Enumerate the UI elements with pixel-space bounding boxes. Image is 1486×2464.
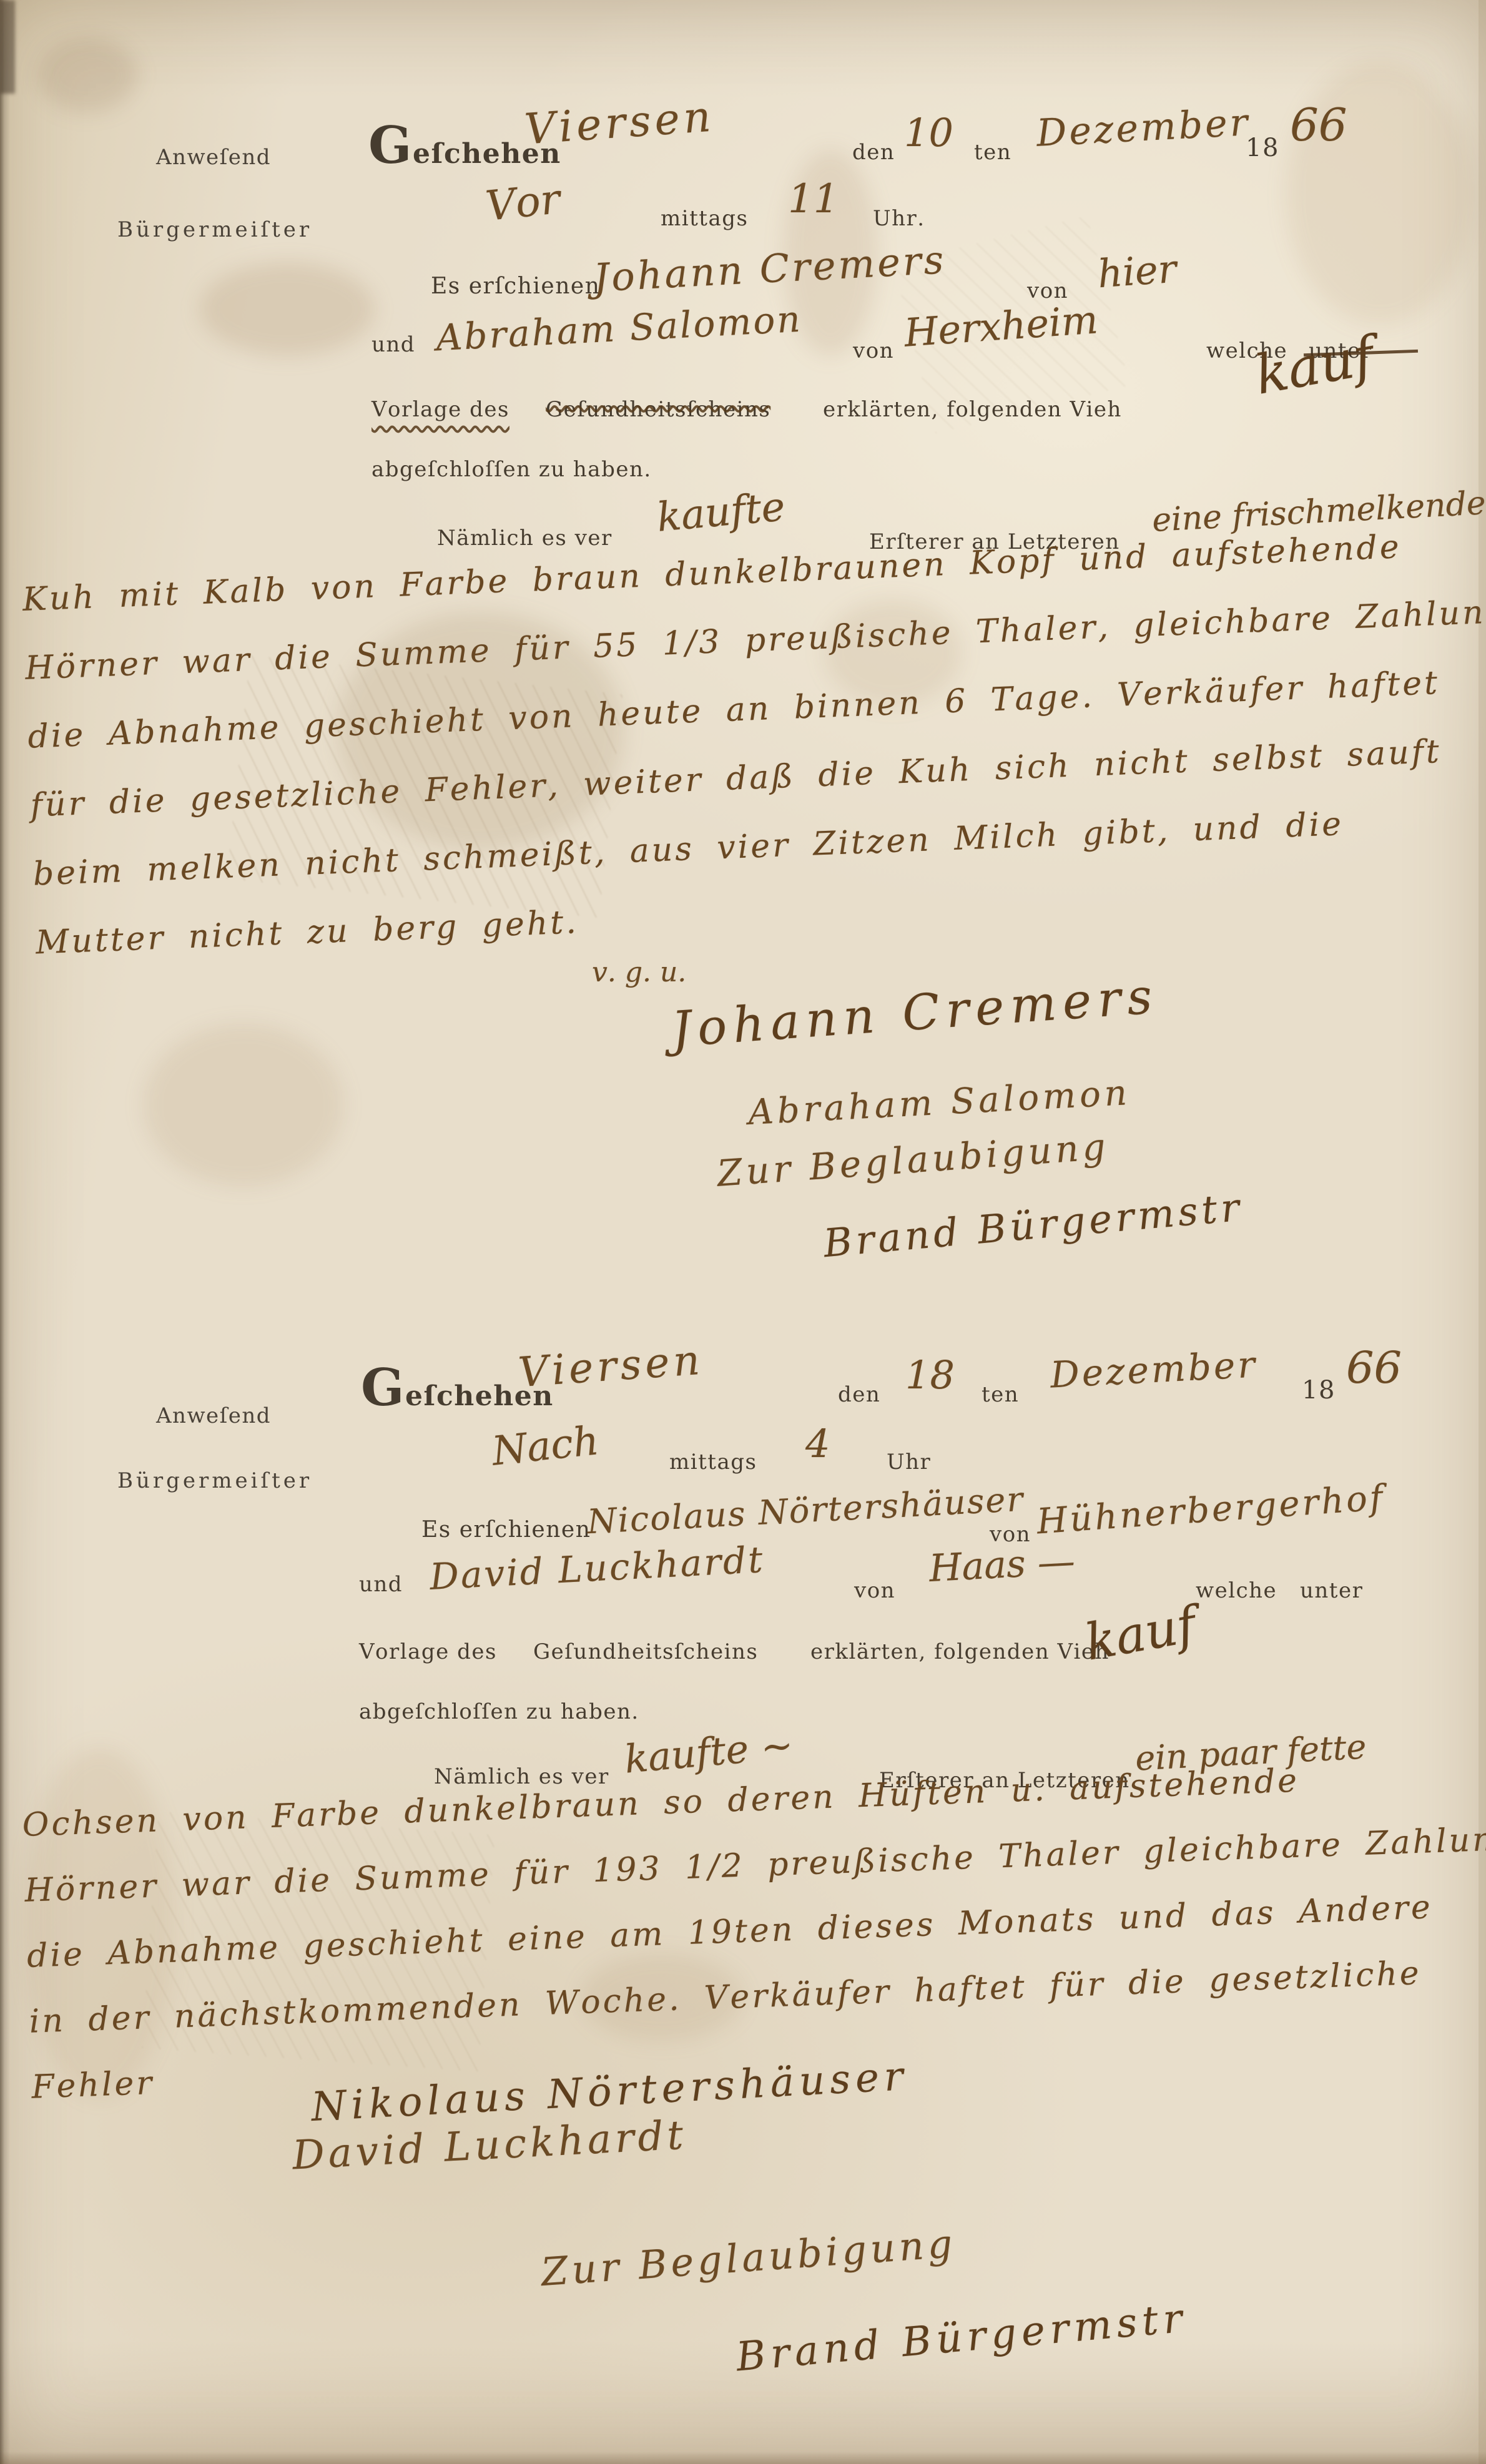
printed-label-von: von — [853, 338, 894, 363]
printed-vorlage-des: Vorlage des — [371, 397, 509, 422]
handwritten-zur-beglaubigung: Zur Beglaubigung — [539, 2221, 957, 2295]
handwritten-kauf: kauf — [1251, 325, 1379, 407]
handwritten-name-second-party: David Luckhardt — [429, 1538, 765, 1598]
ink-stain — [37, 37, 137, 112]
protocol-entry-1: Anweſend Bürgermeiſter Geſchehen Viersen… — [0, 0, 1486, 25]
printed-label-ten: ten — [982, 1382, 1019, 1407]
signature-mayor: Brand Bürgermstr — [822, 1184, 1245, 1266]
handwritten-day: 10 — [904, 110, 953, 155]
printed-label-und: und — [359, 1572, 403, 1597]
handwritten-kauf: kauf — [1081, 1595, 1200, 1671]
handwritten-hour: 11 — [788, 176, 839, 222]
printed-year-century: 18 — [1246, 134, 1279, 162]
protocol-ledger-page: Anweſend Bürgermeiſter Geſchehen Viersen… — [0, 0, 1486, 2464]
handwritten-day: 18 — [905, 1352, 955, 1398]
handwritten-month: Dezember — [1035, 101, 1251, 155]
printed-erklaerten-folgenden-vieh: erklärten, folgenden Vieh — [823, 397, 1122, 422]
handwritten-time-prefix: Vor — [483, 175, 562, 230]
printed-vorlage-des: Vorlage des — [359, 1639, 497, 1664]
page-corner-shadow — [0, 0, 15, 94]
handwritten-place-name: Viersen — [523, 92, 716, 154]
signature-buyer: Abraham Salomon — [747, 1072, 1132, 1133]
printed-label-von: von — [854, 1578, 895, 1603]
printed-erklaerten-folgenden-vieh: erklärten, folgenden Vieh — [810, 1639, 1110, 1664]
handwritten-month: Dezember — [1049, 1343, 1258, 1396]
signature-mayor: Brand Bürgermstr — [734, 2295, 1189, 2381]
ink-stain — [144, 1024, 343, 1186]
handwritten-vgu-abbreviation: v. g. u. — [592, 956, 686, 988]
handwritten-name-first-party: Johann Cremers — [592, 237, 947, 300]
handwritten-year: 66 — [1346, 1342, 1402, 1393]
printed-label-und: und — [371, 332, 415, 357]
handwritten-year: 66 — [1290, 99, 1347, 151]
printed-label-den: den — [852, 140, 895, 165]
printed-label-unter: unter — [1300, 1578, 1363, 1603]
printed-label-welche: welche — [1196, 1578, 1277, 1603]
handwritten-place-first-party: Hühnerbergerhof — [1035, 1478, 1386, 1543]
printed-label-es-erschienen: Es erſchienen — [431, 273, 600, 299]
printed-gesundheitsscheins: Geſundheitsſcheins — [533, 1639, 758, 1664]
handwritten-zur-beglaubigung: Zur Beglaubigung — [716, 1125, 1110, 1195]
handwritten-time-prefix: Nach — [490, 1418, 601, 1475]
printed-abgeschlossen-zu-haben: abgeſchloſſen zu haben. — [371, 457, 652, 482]
printed-label-den: den — [838, 1382, 880, 1407]
handwritten-name-second-party: Abraham Salomon — [435, 298, 804, 360]
book-gutter-edge — [0, 0, 10, 2464]
printed-label-uhr: Uhr. — [873, 206, 925, 231]
margin-label-anwesend: Anweſend — [156, 145, 271, 170]
handwritten-place-name: Viersen — [517, 1336, 705, 1397]
printed-abgeschlossen-zu-haben: abgeſchloſſen zu haben. — [359, 1699, 639, 1724]
handwritten-place-second-party: Haas — — [928, 1539, 1076, 1591]
handwritten-hour: 4 — [805, 1421, 830, 1466]
margin-label-anwesend: Anweſend — [156, 1403, 271, 1428]
signature-seller: Johann Cremers — [670, 968, 1160, 1058]
page-bottom-edge — [0, 2452, 1486, 2464]
printed-label-es-erschienen: Es erſchienen — [421, 1517, 591, 1543]
handwritten-place-first-party: hier — [1096, 246, 1178, 297]
printed-label-mittags: mittags — [669, 1450, 757, 1475]
printed-label-ten: ten — [974, 140, 1011, 165]
margin-label-buergermeister: Bürgermeiſter — [117, 217, 312, 242]
printed-gesundheitsscheins-struck: Geſundheitsſcheins — [546, 397, 770, 422]
page-right-edge — [1479, 0, 1486, 2464]
margin-label-buergermeister: Bürgermeiſter — [117, 1468, 312, 1493]
handwritten-name-first-party: Nicolaus Nörtershäuser — [586, 1480, 1025, 1542]
printed-label-uhr: Uhr — [887, 1450, 931, 1475]
handwritten-contract-text: Kuh mit Kalb von Farbe braun dunkelbraun… — [21, 509, 1486, 978]
printed-label-mittags: mittags — [661, 206, 748, 231]
handwritten-kaufte: kaufte — [655, 484, 787, 541]
ink-stain — [200, 262, 375, 356]
printed-year-century: 18 — [1302, 1376, 1336, 1405]
